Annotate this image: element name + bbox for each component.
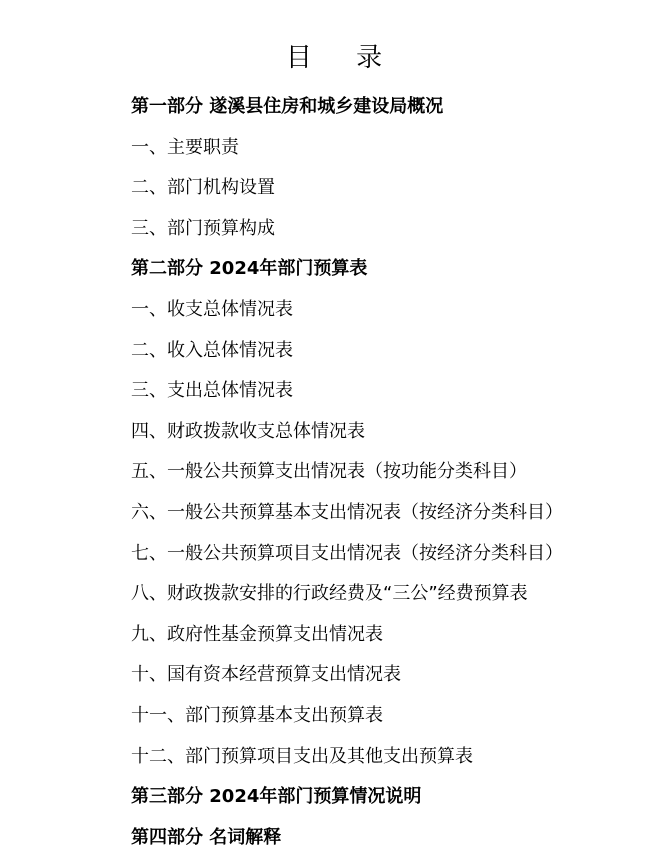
- toc-item: 十、国有资本经营预算支出情况表: [131, 663, 563, 704]
- table-of-contents: 第一部分 遂溪县住房和城乡建设局概况 一、主要职责 二、部门机构设置 三、部门预…: [131, 95, 563, 861]
- toc-item: 九、政府性基金预算支出情况表: [131, 623, 563, 664]
- toc-item: 八、财政拨款安排的行政经费及“三公”经费预算表: [131, 582, 563, 623]
- toc-item: 三、支出总体情况表: [131, 379, 563, 420]
- toc-item: 七、一般公共预算项目支出情况表（按经济分类科目）: [131, 542, 563, 583]
- toc-item: 二、收入总体情况表: [131, 339, 563, 380]
- toc-part-4: 第四部分 名词解释: [131, 826, 563, 861]
- toc-item: 一、收支总体情况表: [131, 298, 563, 339]
- toc-part-1: 第一部分 遂溪县住房和城乡建设局概况: [131, 95, 563, 136]
- toc-item: 二、部门机构设置: [131, 176, 563, 217]
- toc-item: 四、财政拨款收支总体情况表: [131, 420, 563, 461]
- toc-part-3: 第三部分 2024年部门预算情况说明: [131, 785, 563, 826]
- toc-item: 三、部门预算构成: [131, 217, 563, 258]
- toc-item: 一、主要职责: [131, 136, 563, 177]
- toc-part-2: 第二部分 2024年部门预算表: [131, 257, 563, 298]
- toc-item: 十一、部门预算基本支出预算表: [131, 704, 563, 745]
- toc-item: 六、一般公共预算基本支出情况表（按经济分类科目）: [131, 501, 563, 542]
- toc-item: 五、一般公共预算支出情况表（按功能分类科目）: [131, 460, 563, 501]
- page-title: 目 录: [0, 37, 668, 74]
- toc-item: 十二、部门预算项目支出及其他支出预算表: [131, 745, 563, 786]
